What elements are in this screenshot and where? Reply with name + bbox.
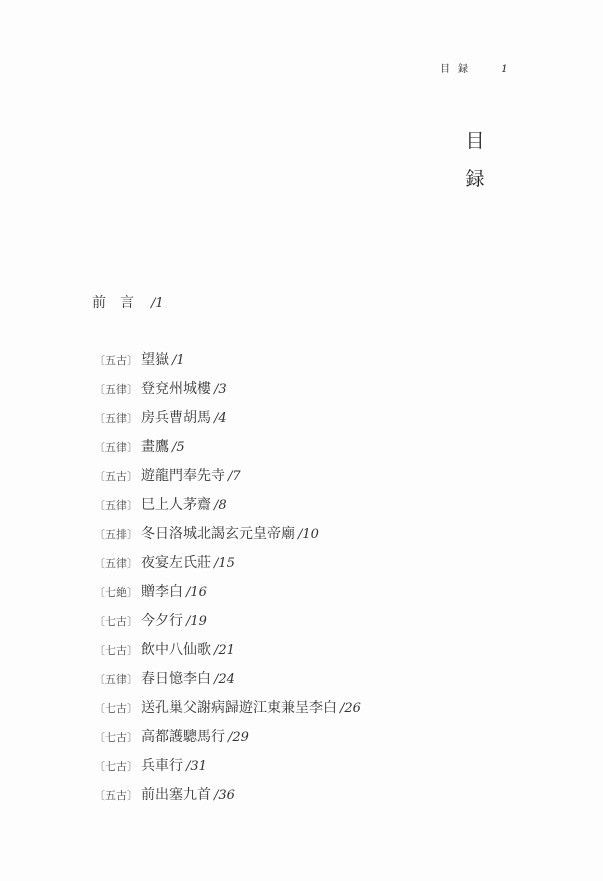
poem-title: 贈李白 <box>141 584 183 600</box>
page-ref: /29 <box>228 730 249 745</box>
page-ref: /21 <box>214 643 235 658</box>
poem-form-tag: 〔七古〕 <box>94 702 138 715</box>
toc-entry[interactable]: 〔五律〕夜宴左氏莊/15 <box>94 553 361 582</box>
poem-form-tag: 〔五古〕 <box>94 789 138 802</box>
poem-title: 高都護驄馬行 <box>141 729 225 745</box>
page-title-char: 録 <box>465 160 485 198</box>
poem-form-tag: 〔五律〕 <box>94 499 138 512</box>
poem-title: 畫鷹 <box>141 439 169 455</box>
toc-entry[interactable]: 〔七古〕飲中八仙歌/21 <box>94 640 361 669</box>
page-title: 目 録 <box>465 122 485 198</box>
poem-title: 望嶽 <box>141 352 169 368</box>
poem-title: 送孔巢父謝病歸遊江東兼呈李白 <box>141 700 337 716</box>
page-ref: /5 <box>172 440 185 455</box>
poem-form-tag: 〔七古〕 <box>94 615 138 628</box>
poem-title: 夜宴左氏莊 <box>141 555 211 571</box>
page-ref: /4 <box>214 411 227 426</box>
poem-form-tag: 〔七古〕 <box>94 731 138 744</box>
toc-entry[interactable]: 〔五古〕遊龍門奉先寺/7 <box>94 466 361 495</box>
poem-title: 春日憶李白 <box>141 671 211 687</box>
preface-label: 前言 <box>92 295 148 311</box>
toc-entry[interactable]: 〔五律〕房兵曹胡馬/4 <box>94 408 361 437</box>
poem-form-tag: 〔五律〕 <box>94 441 138 454</box>
toc-entry[interactable]: 〔七古〕兵車行/31 <box>94 756 361 785</box>
toc-entry[interactable]: 〔五律〕巳上人茅齋/8 <box>94 495 361 524</box>
poem-title: 巳上人茅齋 <box>141 497 211 513</box>
toc-entry[interactable]: 〔七古〕送孔巢父謝病歸遊江東兼呈李白/26 <box>94 698 361 727</box>
poem-title: 今夕行 <box>141 613 183 629</box>
poem-title: 登兗州城樓 <box>141 381 211 397</box>
running-header: 目録 1 <box>440 60 508 75</box>
page-ref: /36 <box>214 788 235 803</box>
poem-form-tag: 〔五律〕 <box>94 383 138 396</box>
page-ref: /16 <box>186 585 207 600</box>
toc-entry[interactable]: 〔七古〕今夕行/19 <box>94 611 361 640</box>
page-ref: /1 <box>151 296 164 311</box>
page-ref: /3 <box>214 382 227 397</box>
poem-form-tag: 〔七古〕 <box>94 760 138 773</box>
poem-title: 房兵曹胡馬 <box>141 410 211 426</box>
toc-entry[interactable]: 〔五律〕春日憶李白/24 <box>94 669 361 698</box>
poem-form-tag: 〔七古〕 <box>94 644 138 657</box>
page-ref: /7 <box>228 469 241 484</box>
toc-entry[interactable]: 〔五律〕畫鷹/5 <box>94 437 361 466</box>
poem-form-tag: 〔五排〕 <box>94 528 138 541</box>
poem-title: 飲中八仙歌 <box>141 642 211 658</box>
toc-entry[interactable]: 〔七古〕高都護驄馬行/29 <box>94 727 361 756</box>
page-ref: /15 <box>214 556 235 571</box>
toc-entry[interactable]: 〔七絶〕贈李白/16 <box>94 582 361 611</box>
page-ref: /31 <box>186 759 207 774</box>
toc-entry[interactable]: 〔五排〕冬日洛城北謁玄元皇帝廟/10 <box>94 524 361 553</box>
poem-form-tag: 〔五律〕 <box>94 412 138 425</box>
poem-title: 兵車行 <box>141 758 183 774</box>
poem-form-tag: 〔五律〕 <box>94 557 138 570</box>
toc-entry[interactable]: 〔五古〕望嶽/1 <box>94 350 361 379</box>
poem-title: 冬日洛城北謁玄元皇帝廟 <box>141 526 295 542</box>
toc-entry-preface[interactable]: 前言/1 <box>92 292 164 312</box>
page-title-char: 目 <box>465 122 485 160</box>
page-ref: /8 <box>214 498 227 513</box>
poem-form-tag: 〔五律〕 <box>94 673 138 686</box>
poem-title: 前出塞九首 <box>141 787 211 803</box>
toc-entry[interactable]: 〔五古〕前出塞九首/36 <box>94 785 361 814</box>
poem-title: 遊龍門奉先寺 <box>141 468 225 484</box>
page-ref: /1 <box>172 353 185 368</box>
running-header-page-number: 1 <box>501 64 507 75</box>
running-header-title: 目録 <box>440 64 476 75</box>
poem-form-tag: 〔五古〕 <box>94 354 138 367</box>
page-ref: /10 <box>298 527 319 542</box>
page-ref: /26 <box>340 701 361 716</box>
toc-entry[interactable]: 〔五律〕登兗州城樓/3 <box>94 379 361 408</box>
page-ref: /24 <box>214 672 235 687</box>
page-ref: /19 <box>186 614 207 629</box>
poem-form-tag: 〔五古〕 <box>94 470 138 483</box>
table-of-contents: 〔五古〕望嶽/1 〔五律〕登兗州城樓/3 〔五律〕房兵曹胡馬/4 〔五律〕畫鷹/… <box>94 350 361 814</box>
poem-form-tag: 〔七絶〕 <box>94 586 138 599</box>
